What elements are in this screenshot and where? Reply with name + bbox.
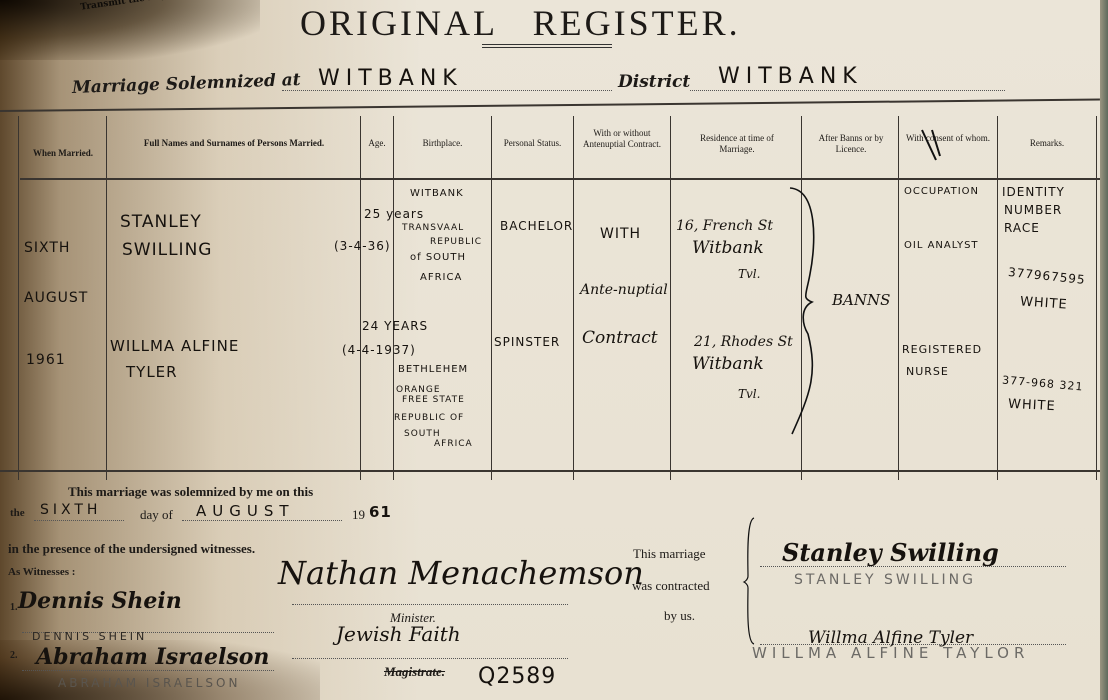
- solemnized-at-label: Marriage Solemnized at: [72, 70, 301, 98]
- bride-birthplace-6[interactable]: AFRICA: [434, 438, 473, 450]
- witness-1-printed: DENNIS SHEIN: [32, 630, 147, 643]
- groom-occupation[interactable]: OIL ANALYST: [904, 240, 979, 252]
- solemnized-at-value[interactable]: WITBANK: [318, 66, 463, 91]
- when-married-month[interactable]: AUGUST: [24, 290, 88, 306]
- witnesses-label: As Witnesses :: [8, 566, 75, 578]
- contract-antenuptial[interactable]: Ante-nuptial: [580, 282, 668, 298]
- header-personal-status: Personal Status.: [492, 138, 573, 149]
- remarks-heading-2: NUMBER: [1004, 204, 1062, 216]
- groom-dob[interactable]: (3-4-36): [334, 240, 391, 252]
- day-value[interactable]: SIXTH: [40, 502, 101, 518]
- bride-birthplace-1[interactable]: BETHLEHEM: [398, 364, 468, 376]
- contracted-text-2: was contracted: [632, 578, 710, 594]
- groom-signature[interactable]: Stanley Swilling: [782, 538, 999, 567]
- month-value[interactable]: AUGUST: [196, 502, 295, 520]
- remarks-heading-3: RACE: [1004, 222, 1040, 234]
- title-rule: [482, 44, 612, 45]
- witness-2-line: [22, 670, 274, 671]
- district-value[interactable]: WITBANK: [718, 64, 863, 89]
- witness-1-number: 1.: [10, 602, 18, 613]
- month-line: [182, 520, 342, 521]
- page-title: ORIGINAL REGISTER.: [300, 2, 741, 44]
- witness-2-number: 2.: [10, 650, 18, 661]
- witness-1-signature[interactable]: Dennis Shein: [18, 588, 182, 614]
- contracted-text-1: This marriage: [633, 546, 706, 562]
- groom-race[interactable]: WHITE: [1020, 296, 1068, 311]
- faith-value[interactable]: Jewish Faith: [336, 622, 461, 646]
- page-shadow-top: [0, 0, 260, 60]
- bride-residence-3[interactable]: Tvl.: [738, 386, 760, 402]
- the-label: the: [10, 507, 25, 519]
- groom-surname[interactable]: SWILLING: [122, 242, 212, 258]
- brace-icon: [788, 184, 828, 440]
- title-rule: [482, 47, 612, 48]
- groom-birthplace-5[interactable]: AFRICA: [420, 272, 462, 284]
- groom-birthplace-3[interactable]: REPUBLIC: [430, 236, 482, 248]
- magistrate-label: Magistrate.: [384, 664, 445, 680]
- year-suffix[interactable]: 61: [369, 503, 392, 521]
- column-divider: [18, 116, 19, 480]
- groom-printed-name: STANLEY SWILLING: [794, 572, 976, 588]
- presence-statement: in the presence of the undersigned witne…: [8, 541, 255, 557]
- strike-mark-icon: [918, 128, 954, 164]
- remarks-heading-1: IDENTITY: [1002, 186, 1065, 198]
- header-antenuptial: With or without Antenuptial Contract.: [582, 128, 662, 150]
- header-when-married: When Married.: [20, 148, 106, 159]
- column-divider: [393, 116, 394, 480]
- district-label: District: [618, 72, 690, 92]
- occupation-heading: OCCUPATION: [904, 186, 979, 198]
- contract-contract[interactable]: Contract: [582, 330, 658, 346]
- banns-value[interactable]: BANNS: [832, 292, 890, 308]
- header-full-names: Full Names and Surnames of Persons Marri…: [108, 138, 360, 149]
- groom-birthplace-1[interactable]: WITBANK: [410, 188, 464, 200]
- when-married-year[interactable]: 1961: [26, 352, 66, 368]
- bride-dob[interactable]: (4-4-1937): [342, 344, 416, 356]
- register-page: Transmit the Dep... ORIGINAL REGISTER. M…: [0, 0, 1108, 700]
- contracted-text-3: by us.: [664, 608, 695, 624]
- column-divider: [106, 116, 107, 480]
- bride-race[interactable]: WHITE: [1008, 399, 1056, 413]
- magistrate-number[interactable]: Q2589: [478, 664, 556, 689]
- bride-birthplace-3[interactable]: FREE STATE: [402, 394, 465, 406]
- groom-first-name[interactable]: STANLEY: [120, 214, 202, 230]
- column-divider: [997, 116, 998, 480]
- day-line: [34, 520, 124, 521]
- groom-residence-2[interactable]: Witbank: [692, 240, 764, 256]
- bride-residence-2[interactable]: Witbank: [692, 356, 764, 372]
- bride-occupation-1[interactable]: REGISTERED: [902, 344, 982, 356]
- groom-birthplace-4[interactable]: of SOUTH: [410, 252, 466, 264]
- column-divider: [670, 116, 671, 480]
- witness-2-signature[interactable]: Abraham Israelson: [36, 644, 269, 670]
- header-banns-licence: After Banns or by Licence.: [810, 133, 892, 155]
- bride-first-names[interactable]: WILLMA ALFINE: [110, 338, 239, 354]
- bride-age[interactable]: 24 YEARS: [362, 320, 428, 332]
- table-top-rule: [0, 98, 1100, 112]
- solemnized-statement: This marriage was solemnized by me on th…: [68, 484, 313, 500]
- groom-signature-line: [760, 566, 1066, 567]
- column-divider: [898, 116, 899, 480]
- bride-residence-1[interactable]: 21, Rhodes St: [694, 334, 793, 350]
- groom-age[interactable]: 25 years: [364, 208, 424, 220]
- year-prefix: 19: [352, 507, 365, 523]
- bride-status[interactable]: SPINSTER: [494, 334, 560, 350]
- column-divider: [360, 116, 361, 480]
- brace-icon: [742, 516, 758, 646]
- column-divider: [1096, 116, 1097, 480]
- header-residence: Residence at time of Marriage.: [682, 133, 792, 155]
- header-bottom-rule: [20, 178, 1100, 180]
- day-of-label: day of: [140, 507, 173, 523]
- witness-2-printed: ABRAHAM ISRAELSON: [58, 676, 240, 690]
- header-remarks: Remarks.: [998, 138, 1096, 149]
- bride-birthplace-4[interactable]: REPUBLIC OF: [394, 412, 464, 424]
- groom-id-number[interactable]: 377967595: [1008, 266, 1087, 286]
- groom-residence-1[interactable]: 16, French St: [676, 218, 773, 234]
- when-married-day[interactable]: SIXTH: [24, 240, 70, 256]
- minister-line: [292, 604, 568, 605]
- header-age: Age.: [361, 138, 393, 149]
- groom-status[interactable]: BACHELOR: [500, 218, 573, 234]
- magistrate-line: [292, 658, 568, 659]
- groom-birthplace-2[interactable]: TRANSVAAL: [402, 222, 464, 234]
- minister-signature[interactable]: Nathan Menachemson: [278, 554, 644, 592]
- bride-surname[interactable]: TYLER: [126, 364, 178, 380]
- header-birthplace: Birthplace.: [394, 138, 491, 149]
- contract-with[interactable]: WITH: [600, 226, 641, 242]
- table-bottom-rule: [0, 470, 1100, 472]
- bride-printed-name: WILLMA ALFINE TAYLOR: [752, 644, 1029, 662]
- bride-id-number[interactable]: 377-968 321: [1002, 374, 1084, 393]
- column-divider: [573, 116, 574, 480]
- bride-occupation-2[interactable]: NURSE: [906, 366, 949, 378]
- district-line: [690, 90, 1005, 91]
- column-divider: [491, 116, 492, 480]
- groom-residence-3[interactable]: Tvl.: [738, 266, 760, 282]
